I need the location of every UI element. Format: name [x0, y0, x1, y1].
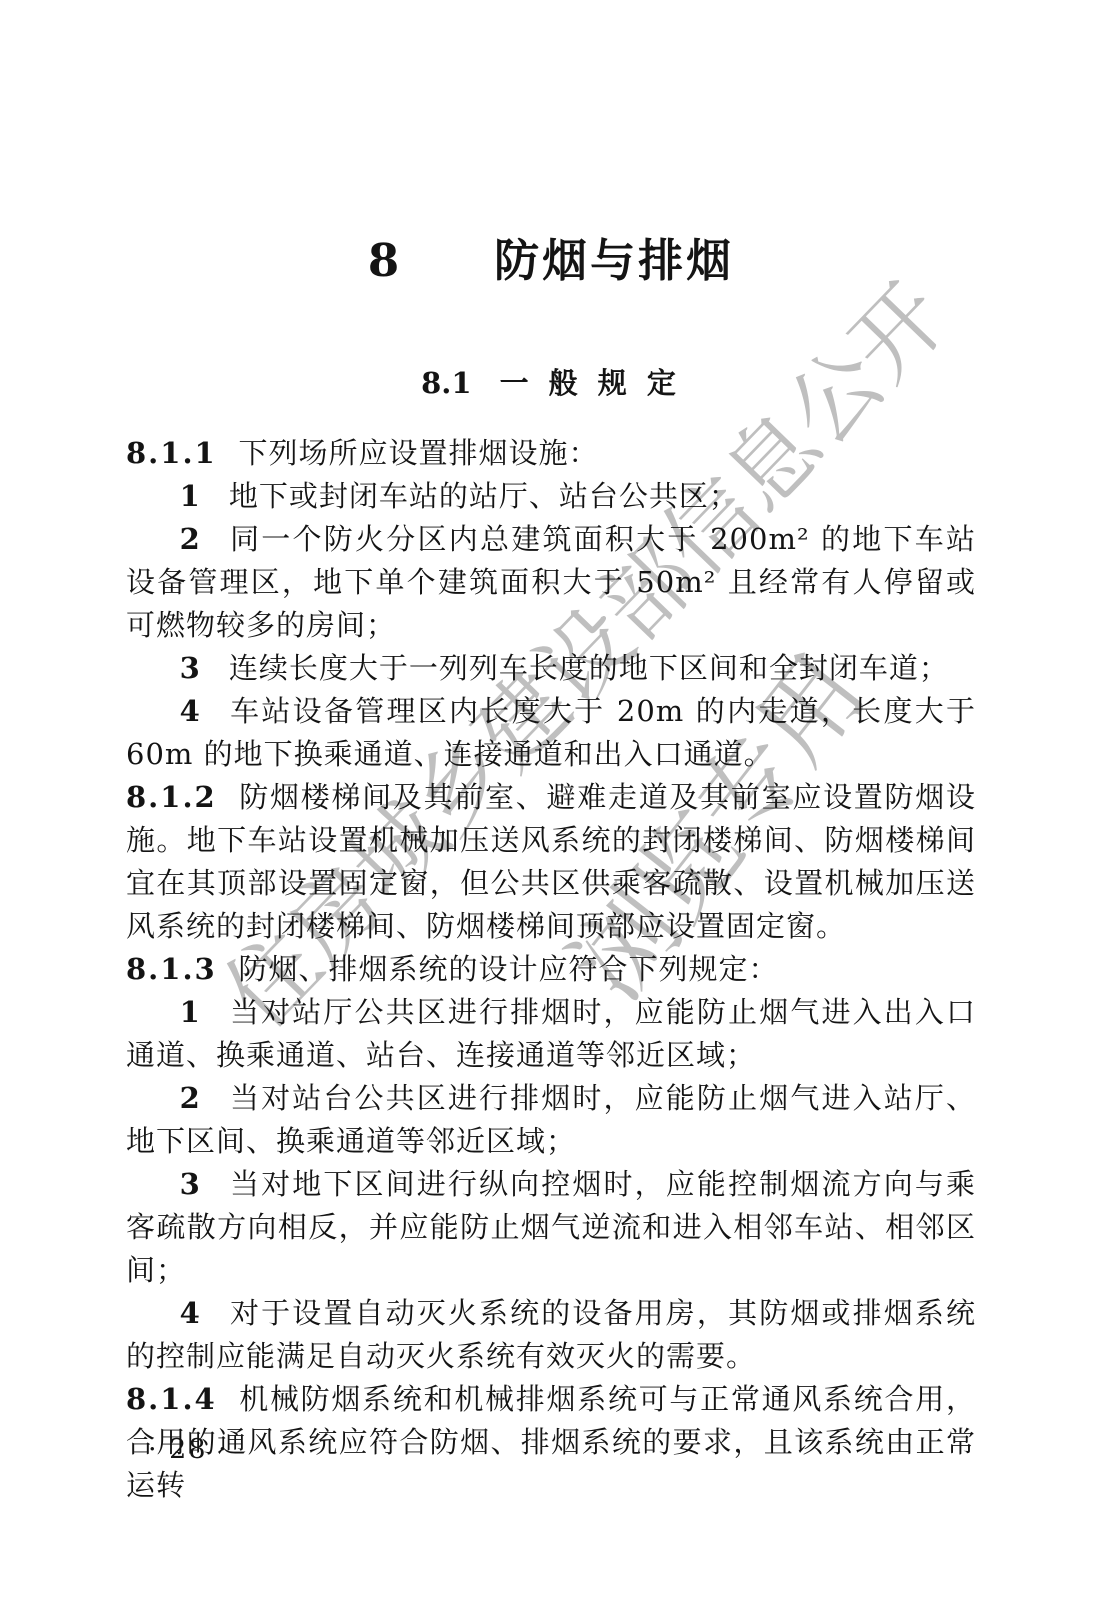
clause-text: 地下或封闭车站的站厅、站台公共区； [229, 479, 739, 513]
clause-number: 3 [180, 1167, 200, 1201]
clause-number: 3 [180, 651, 200, 685]
sub-item-paragraph: 2同一个防火分区内总建筑面积大于 200m² 的地下车站设备管理区，地下单个建筑… [126, 518, 976, 647]
clause-number: 8.1.3 [126, 952, 217, 986]
clause-paragraph: 8.1.4机械防烟系统和机械排烟系统可与正常通风系统合用，合用的通风系统应符合防… [126, 1378, 976, 1507]
sub-item-paragraph: 3连续长度大于一列列车长度的地下区间和全封闭车道； [126, 647, 976, 690]
clause-number: 4 [180, 694, 200, 728]
clause-number: 8.1.1 [126, 436, 217, 470]
chapter-title: 防烟与排烟 [494, 238, 734, 283]
clause-number: 8.1.2 [126, 780, 217, 814]
clause-text: 下列场所应设置排烟设施： [238, 436, 598, 470]
clause-text: 同一个防火分区内总建筑面积大于 200m² 的地下车站设备管理区，地下单个建筑面… [126, 522, 976, 642]
clause-number: 2 [180, 1081, 200, 1115]
section-heading: 8.1 一 般 规 定 [126, 369, 976, 398]
sub-item-paragraph: 1当对站厅公共区进行排烟时，应能防止烟气进入出入口通道、换乘通道、站台、连接通道… [126, 991, 976, 1077]
document-page: 住房城乡建设部信息公开 浏览专用 8 防烟与排烟 8.1 一 般 规 定 8.1… [0, 0, 1102, 1598]
clause-text: 连续长度大于一列列车长度的地下区间和全封闭车道； [229, 651, 949, 685]
clause-number: 4 [180, 1296, 200, 1330]
clause-text: 车站设备管理区内长度大于 20m 的内走道，长度大于 60m 的地下换乘通道、连… [126, 694, 976, 771]
clause-text: 当对地下区间进行纵向控烟时，应能控制烟流方向与乘客疏散方向相反，并应能防止烟气逆… [126, 1167, 976, 1287]
page-content: 8 防烟与排烟 8.1 一 般 规 定 8.1.1下列场所应设置排烟设施：1地下… [0, 0, 1102, 1507]
clause-list: 8.1.1下列场所应设置排烟设施：1地下或封闭车站的站厅、站台公共区；2同一个防… [126, 432, 976, 1507]
clause-text: 对于设置自动灭火系统的设备用房，其防烟或排烟系统的控制应能满足自动灭火系统有效灭… [126, 1296, 976, 1373]
clause-text: 防烟楼梯间及其前室、避难走道及其前室应设置防烟设施。地下车站设置机械加压送风系统… [126, 780, 976, 943]
clause-text: 防烟、排烟系统的设计应符合下列规定： [238, 952, 778, 986]
section-number: 8.1 [421, 369, 471, 398]
chapter-heading: 8 防烟与排烟 [126, 0, 976, 283]
sub-item-paragraph: 1地下或封闭车站的站厅、站台公共区； [126, 475, 976, 518]
clause-text: 机械防烟系统和机械排烟系统可与正常通风系统合用，合用的通风系统应符合防烟、排烟系… [126, 1382, 976, 1502]
clause-paragraph: 8.1.1下列场所应设置排烟设施： [126, 432, 976, 475]
sub-item-paragraph: 4车站设备管理区内长度大于 20m 的内走道，长度大于 60m 的地下换乘通道、… [126, 690, 976, 776]
clause-paragraph: 8.1.2防烟楼梯间及其前室、避难走道及其前室应设置防烟设施。地下车站设置机械加… [126, 776, 976, 948]
chapter-number: 8 [368, 238, 402, 283]
clause-text: 当对站台公共区进行排烟时，应能防止烟气进入站厅、地下区间、换乘通道等邻近区域； [126, 1081, 976, 1158]
sub-item-paragraph: 4对于设置自动灭火系统的设备用房，其防烟或排烟系统的控制应能满足自动灭火系统有效… [126, 1292, 976, 1378]
clause-number: 1 [180, 995, 200, 1029]
clause-paragraph: 8.1.3防烟、排烟系统的设计应符合下列规定： [126, 948, 976, 991]
clause-number: 8.1.4 [126, 1382, 217, 1416]
clause-number: 1 [180, 479, 200, 513]
section-title: 一 般 规 定 [500, 369, 681, 398]
page-number: · 28 · [148, 1434, 229, 1465]
clause-text: 当对站厅公共区进行排烟时，应能防止烟气进入出入口通道、换乘通道、站台、连接通道等… [126, 995, 976, 1072]
clause-number: 2 [180, 522, 200, 556]
sub-item-paragraph: 3当对地下区间进行纵向控烟时，应能控制烟流方向与乘客疏散方向相反，并应能防止烟气… [126, 1163, 976, 1292]
sub-item-paragraph: 2当对站台公共区进行排烟时，应能防止烟气进入站厅、地下区间、换乘通道等邻近区域； [126, 1077, 976, 1163]
